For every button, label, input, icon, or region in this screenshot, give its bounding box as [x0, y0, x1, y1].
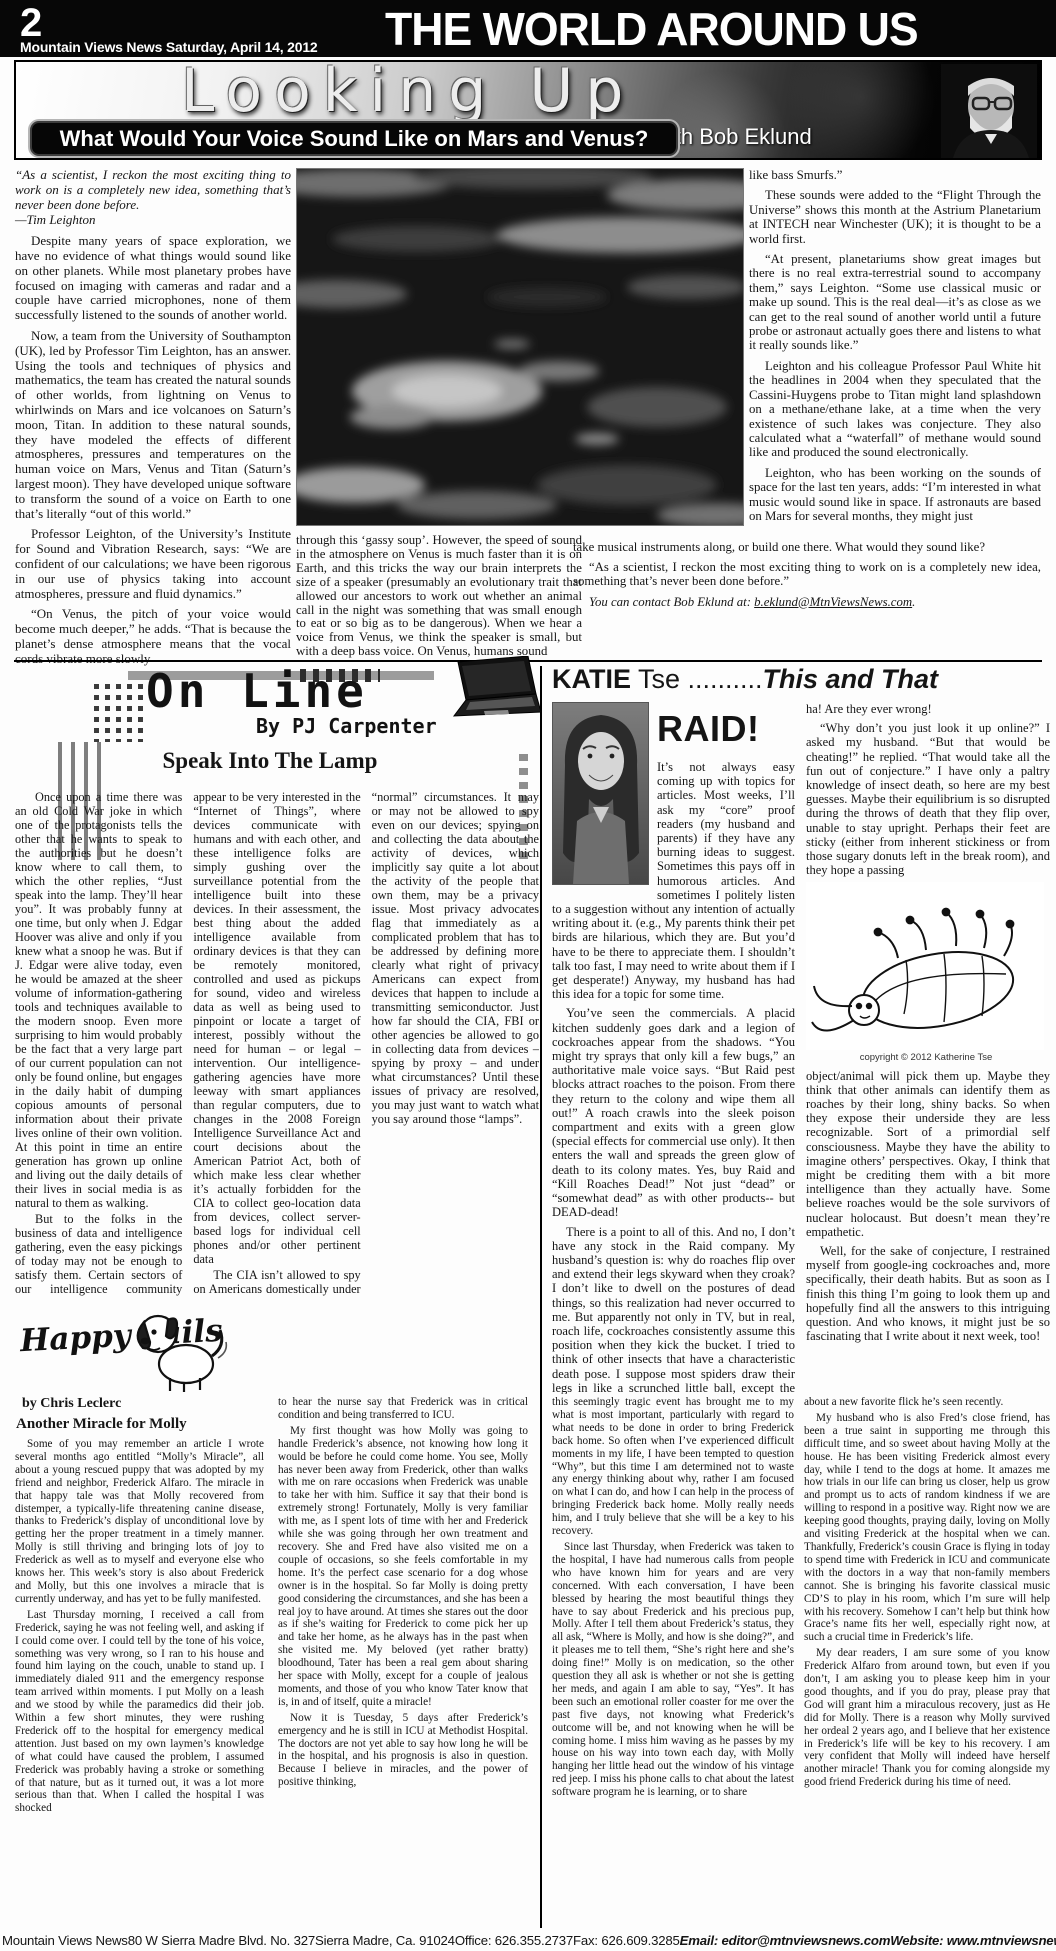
- paragraph: My dear readers, I am sure some of you k…: [804, 1647, 1050, 1789]
- paragraph: like bass Smurfs.”: [749, 168, 1041, 182]
- header-dots: ..........: [688, 664, 763, 694]
- footer-website: Website: www.mtnviewsnews.com: [890, 1933, 1056, 1948]
- footer: Mountain Views News 80 W Sierra Madre Bl…: [2, 1933, 1054, 1948]
- paragraph: “At present, planetariums show great ima…: [749, 252, 1041, 353]
- paragraph: through this ‘gassy soup’. However, the …: [296, 534, 582, 659]
- laptop-icon: [424, 656, 542, 741]
- paragraph: Now, a team from the University of South…: [15, 329, 291, 521]
- contact-text: You can contact Bob Eklund at:: [589, 595, 754, 609]
- katie-tse-photo: [552, 702, 649, 885]
- online-article-columns: Once upon a time there was an old Cold W…: [15, 790, 539, 1298]
- paragraph: to hear the nurse say that Frederick was…: [278, 1396, 528, 1422]
- online-decor-dotgrid: [94, 684, 146, 747]
- online-headline: Speak Into The Lamp: [125, 748, 415, 774]
- email-link[interactable]: b.eklund@MtnViewsNews.com: [754, 595, 912, 609]
- molly-headline: Another Miracle for Molly: [16, 1416, 187, 1433]
- online-column-title: On Line: [146, 664, 368, 718]
- this-and-that-header: KATIE Tse ..........This and That: [552, 664, 938, 695]
- article-column-left: “As a scientist, I reckon the most excit…: [15, 168, 291, 673]
- article-column-middle: through this ‘gassy soup’. However, the …: [296, 534, 582, 665]
- footer-email: Email: editor@mtnviewsnews.com: [680, 1933, 891, 1948]
- paragraph: ha! Are they ever wrong!: [806, 702, 1050, 716]
- molly-column-3: this seemingly tragic event has brought …: [552, 1396, 794, 1934]
- section-title: THE WORLD AROUND US: [385, 2, 918, 56]
- paragraph: Some of you may remember an article I wr…: [15, 1438, 264, 1606]
- paragraph: Leighton and his colleague Professor Pau…: [749, 359, 1041, 460]
- molly-column-2: to hear the nurse say that Frederick was…: [278, 1396, 528, 1934]
- dog-icon: [128, 1298, 228, 1399]
- paragraph: These sounds were added to the “Flight T…: [749, 188, 1041, 246]
- paragraph: Last Thursday morning, I received a call…: [15, 1609, 264, 1816]
- this-and-that-column-a: RAID! It’s not always easy coming up wit…: [552, 702, 795, 1394]
- column-logo-looking-up: Looking Up: [181, 60, 635, 126]
- paragraph: “On Venus, the pitch of your voice would…: [15, 607, 291, 666]
- paragraph: about a new favorite flick he’s seen rec…: [804, 1396, 1050, 1409]
- this-and-that-column-b: ha! Are they ever wrong! “Why don’t you …: [806, 702, 1050, 1394]
- paragraph: You’ve seen the commercials. A placid ki…: [552, 1006, 795, 1219]
- footer-paper-name: Mountain Views News: [2, 1933, 128, 1948]
- molly-column-4: about a new favorite flick he’s seen rec…: [804, 1396, 1050, 1934]
- author-name-rest: Tse: [631, 664, 688, 694]
- newspaper-page: 2 THE WORLD AROUND US Mountain Views New…: [0, 0, 1056, 1951]
- author-name-bold: KATIE: [552, 664, 631, 694]
- paragraph: Despite many years of space exploration,…: [15, 234, 291, 323]
- footer-city: Sierra Madre, Ca. 91024: [315, 1933, 455, 1948]
- article-headline: What Would Your Voice Sound Like on Mars…: [30, 121, 678, 156]
- paragraph: My husband who is also Fred’s close frie…: [804, 1412, 1050, 1644]
- happy-tails-byline: by Chris Leclerc: [22, 1396, 121, 1412]
- paragraph: My first thought was how Molly was going…: [278, 1425, 528, 1709]
- pull-quote-attribution: —Tim Leighton: [15, 213, 291, 228]
- bob-eklund-photo: [941, 64, 1037, 160]
- series-title: This and That: [763, 664, 939, 694]
- paragraph: take musical instruments along, or build…: [573, 540, 1041, 554]
- mars-surface-image: [296, 168, 744, 526]
- masthead: 2 THE WORLD AROUND US Mountain Views New…: [0, 0, 1056, 57]
- paragraph: “As a scientist, I reckon the most excit…: [573, 560, 1041, 588]
- paragraph: Well, for the sake of conjecture, I rest…: [806, 1244, 1050, 1343]
- paragraph: “Why don’t you just look it up online?” …: [806, 721, 1050, 877]
- illustration-caption: copyright © 2012 Katherine Tse: [806, 1052, 1046, 1063]
- footer-address: 80 W Sierra Madre Blvd. No. 327: [128, 1933, 315, 1948]
- footer-office-phone: Office: 626.355.2737: [455, 1933, 573, 1948]
- paragraph: this seemingly tragic event has brought …: [552, 1396, 794, 1538]
- paragraph: Since last Thursday, when Frederick was …: [552, 1541, 794, 1799]
- edition-dateline: Mountain Views News Saturday, April 14, …: [20, 39, 318, 55]
- contact-period: .: [912, 595, 915, 609]
- online-column-byline: By PJ Carpenter: [256, 714, 437, 738]
- cockroach-illustration: copyright © 2012 Katherine Tse: [806, 882, 1046, 1062]
- lead-article: “As a scientist, I reckon the most excit…: [15, 168, 1041, 662]
- paragraph: Now it is Tuesday, 5 days after Frederic…: [278, 1712, 528, 1789]
- article-bottom-block: take musical instruments along, or build…: [573, 540, 1041, 615]
- contact-line: You can contact Bob Eklund at: b.eklund@…: [573, 595, 1041, 609]
- paragraph: object/animal will pick them up. Maybe t…: [806, 1069, 1050, 1239]
- paragraph: There is a point to all of this. And no,…: [552, 1225, 795, 1395]
- article-column-right: like bass Smurfs.” These sounds were add…: [749, 168, 1041, 529]
- pull-quote: “As a scientist, I reckon the most excit…: [15, 168, 291, 212]
- paragraph: Professor Leighton, of the University’s …: [15, 527, 291, 601]
- footer-fax: Fax: 626.609.3285: [573, 1933, 680, 1948]
- vertical-divider: [540, 666, 542, 1928]
- paragraph: Leighton, who has been working on the so…: [749, 466, 1041, 524]
- paragraph: Once upon a time there was an old Cold W…: [15, 790, 182, 1210]
- molly-column-1: Some of you may remember an article I wr…: [15, 1438, 264, 1934]
